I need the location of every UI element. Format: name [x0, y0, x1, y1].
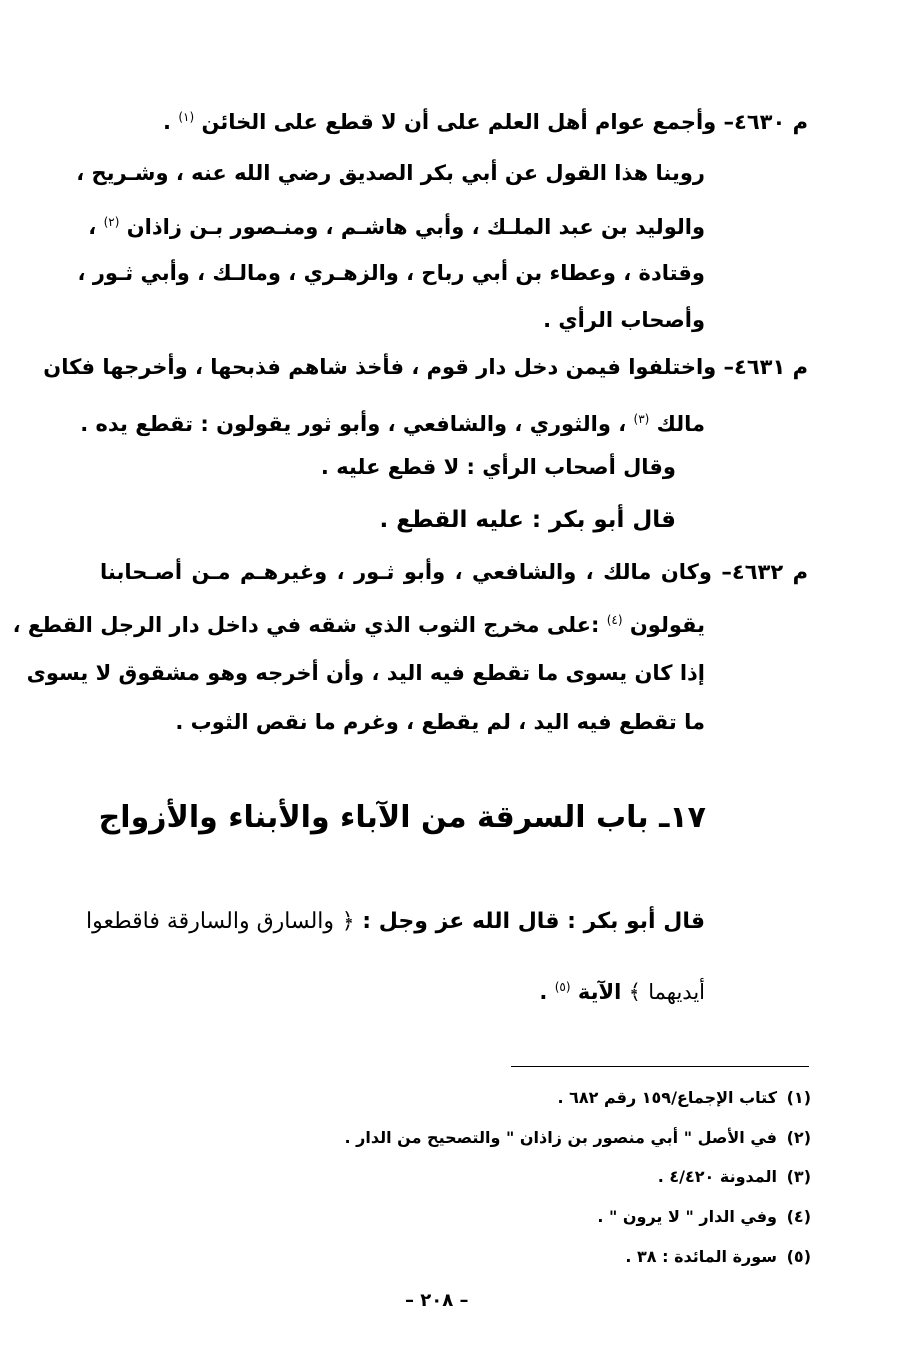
footnote-number: (٣)	[777, 1166, 811, 1188]
speaker-text: قال أبو بكر : قال الله عز وجل :	[362, 909, 705, 934]
footnote-text: وفي الدار " لا يرون " .	[597, 1207, 777, 1226]
footnote-2: (٢)في الأصل " أبي منصور بن زاذان " والتص…	[345, 1127, 811, 1149]
footnote-text: في الأصل " أبي منصور بن زاذان " والتصحيح…	[345, 1128, 777, 1147]
punctuation: ،	[88, 215, 103, 239]
footnote-number: (٢)	[777, 1127, 811, 1149]
entry-text: يقولون	[630, 613, 705, 637]
quran-open-bracket: ﴿	[342, 909, 355, 934]
entry-4631-line-1: م ٤٦٣١– واختلفوا فيمن دخل دار قوم ، فأخذ…	[100, 352, 808, 382]
footnote-number: (١)	[777, 1087, 811, 1109]
punctuation: .	[163, 110, 178, 134]
footnote-4: (٤)وفي الدار " لا يرون " .	[597, 1206, 811, 1228]
footnote-ref-5[interactable]: (٥)	[555, 980, 571, 994]
quran-close-bracket: ﴾	[629, 980, 641, 1004]
quran-verse: والسارق والسارقة فاقطعوا	[86, 909, 334, 934]
chapter-heading: ١٧ـ باب السرقة من الآباء والأبناء والأزو…	[99, 798, 706, 838]
footnote-3: (٣)المدونة ٤/٤٢٠ .	[658, 1166, 811, 1188]
entry-4632-line-2: يقولون (٤) :على مخرج الثوب الذي شقه في د…	[100, 605, 705, 640]
book-page: م ٤٦٣٠– وأجمع عوام أهل العلم على أن لا ق…	[0, 0, 901, 1354]
footnote-ref-1[interactable]: (١)	[178, 110, 194, 124]
page-number: – ٢٠٨ –	[405, 1290, 469, 1311]
entry-4630-line-2: روينا هذا القول عن أبي بكر الصديق رضي ال…	[100, 158, 705, 188]
quran-verse: أيديهما	[648, 980, 705, 1004]
punctuation: .	[539, 980, 554, 1004]
entry-4630-line-3: والوليد بن عبد الملـك ، وأبي هاشـم ، ومن…	[100, 207, 808, 242]
entry-4632-line-3: إذا كان يسوى ما تقطع فيه اليد ، وأن أخرج…	[100, 658, 705, 688]
entry-text: :على مخرج الثوب الذي شقه في داخل دار الر…	[13, 613, 600, 637]
closing-line-1: قال أبو بكر : قال الله عز وجل : ﴿ والسار…	[86, 907, 705, 937]
entry-4632-line-1: م ٤٦٣٢– وكان مالك ، والشافعي ، وأبو ثـور…	[100, 557, 808, 587]
footnote-text: سورة المائدة : ٣٨ .	[625, 1247, 777, 1266]
entry-text: م ٤٦٣٠– وأجمع عوام أهل العلم على أن لا ق…	[201, 110, 808, 134]
entry-text: ، والثوري ، والشافعي ، وأبو ثور يقولون :…	[80, 412, 626, 436]
footnote-text: كتاب الإجماع/١٥٩ رقم ٦٨٢ .	[557, 1088, 777, 1107]
footnote-number: (٤)	[777, 1206, 811, 1228]
footnote-ref-2[interactable]: (٢)	[104, 215, 120, 229]
entry-4632-line-4: ما تقطع فيه اليد ، لم يقطع ، وغرم ما نقص…	[175, 707, 705, 737]
footnote-1: (١)كتاب الإجماع/١٥٩ رقم ٦٨٢ .	[557, 1087, 811, 1109]
footnote-ref-4[interactable]: (٤)	[607, 613, 623, 627]
footnote-ref-3[interactable]: (٣)	[634, 412, 650, 426]
abu-bakr-opinion: قال أبو بكر : عليه القطع .	[379, 505, 676, 535]
entry-text: مالك	[657, 412, 705, 436]
footnote-separator	[511, 1066, 809, 1067]
entry-4631-line-3: وقال أصحاب الرأي : لا قطع عليه .	[321, 452, 676, 482]
entry-4630-line-5: وأصحاب الرأي .	[543, 305, 705, 335]
footnote-5: (٥)سورة المائدة : ٣٨ .	[625, 1246, 811, 1268]
entry-4630-line-1: م ٤٦٣٠– وأجمع عوام أهل العلم على أن لا ق…	[163, 102, 808, 137]
verse-label: الآية	[578, 980, 621, 1004]
closing-line-2: أيديهما ﴾ الآية (٥) .	[539, 972, 705, 1007]
entry-text: والوليد بن عبد الملـك ، وأبي هاشـم ، ومن…	[127, 215, 705, 239]
footnote-number: (٥)	[777, 1246, 811, 1268]
footnote-text: المدونة ٤/٤٢٠ .	[658, 1167, 777, 1186]
entry-4631-line-2: مالك (٣) ، والثوري ، والشافعي ، وأبو ثور…	[80, 404, 705, 439]
entry-4630-line-4: وقتادة ، وعطاء بن أبي رباح ، والزهـري ، …	[100, 258, 705, 288]
